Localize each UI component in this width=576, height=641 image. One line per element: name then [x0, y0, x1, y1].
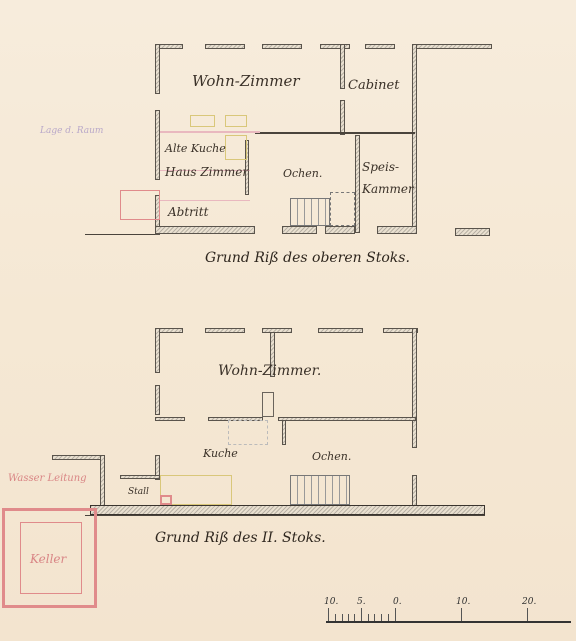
room-label-haus-zimmer: Haus Zimmer [165, 165, 248, 179]
room-label-kammer: Kammer [362, 182, 414, 196]
wall [90, 505, 485, 515]
ground-line [85, 515, 485, 516]
red-box [160, 495, 172, 505]
wall [412, 44, 417, 234]
scale-label: 10. [456, 597, 470, 607]
scale-tick [328, 608, 329, 621]
wall [100, 455, 105, 510]
wall-line [255, 132, 415, 134]
scale-minor-tick [342, 614, 343, 621]
scale-label: 5. [357, 597, 366, 607]
scale-label: 20. [522, 597, 536, 607]
room-label-ochen: Ochen. [312, 450, 351, 463]
staircase [290, 475, 350, 505]
scale-minor-tick [348, 614, 349, 621]
room-label-alte-kuche: Alte Kuche [165, 142, 226, 155]
scale-tick [527, 608, 528, 621]
room-label-abtritt: Abtritt [168, 205, 208, 219]
wall [325, 226, 355, 234]
red-outline [120, 190, 160, 220]
lower-floor-caption: Grund Riß des II. Stoks. [155, 530, 326, 546]
scale-tick [461, 608, 462, 621]
wall [155, 328, 160, 373]
wall [318, 328, 363, 333]
scale-label: 10. [324, 597, 338, 607]
room-label-kuche: Kuche [203, 447, 238, 460]
room-label-speis: Speis- [362, 160, 399, 174]
room-label-wohn-zimmer: Wohn-Zimmer. [218, 363, 321, 379]
scale-tick [395, 608, 396, 621]
scale-minor-tick [368, 614, 369, 621]
wall [355, 135, 360, 233]
room-label-wohn-zimmer: Wohn-Zimmer [192, 72, 300, 90]
wall [120, 475, 160, 479]
wall [262, 328, 292, 333]
scale-minor-tick [381, 614, 382, 621]
room-label-cabinet: Cabinet [348, 78, 399, 93]
scale-minor-tick [388, 614, 389, 621]
wall [282, 226, 317, 234]
pink-line [160, 131, 260, 133]
wall [365, 44, 395, 49]
wall [320, 44, 350, 49]
wall [412, 44, 492, 49]
yellow-outline [190, 115, 215, 127]
wall [155, 226, 255, 234]
wall [205, 328, 245, 333]
wall [455, 228, 490, 236]
scale-tick [361, 608, 362, 621]
wall [412, 328, 417, 448]
pink-line [160, 200, 250, 201]
scale-minor-tick [335, 614, 336, 621]
wall [340, 100, 345, 135]
wall [155, 385, 160, 415]
scale-minor-tick [354, 614, 355, 621]
staircase-upper [228, 420, 268, 445]
wall [205, 44, 245, 49]
annotation-keller: Keller [30, 552, 66, 566]
scale-label: 0. [393, 597, 402, 607]
room-label-ochen: Ochen. [283, 167, 322, 180]
ground-line [85, 234, 155, 235]
wall [52, 455, 102, 460]
wall [282, 420, 286, 445]
yellow-outline [225, 115, 247, 127]
wall [278, 417, 416, 421]
annotation-wasser-leitung: Wasser Leitung [8, 473, 87, 484]
chimney [262, 392, 274, 417]
scale-line [326, 621, 571, 623]
wall [262, 44, 302, 49]
upper-floor-caption: Grund Riß des oberen Stoks. [205, 250, 410, 266]
staircase [290, 198, 330, 226]
wall [155, 44, 160, 94]
wall [377, 226, 417, 234]
wall [340, 44, 345, 89]
yellow-outline [225, 135, 247, 160]
side-note: Lage d. Raum [40, 126, 103, 136]
room-label-stall: Stall [128, 487, 149, 497]
scale-minor-tick [374, 614, 375, 621]
staircase-turn [330, 192, 355, 226]
wall [155, 417, 185, 421]
